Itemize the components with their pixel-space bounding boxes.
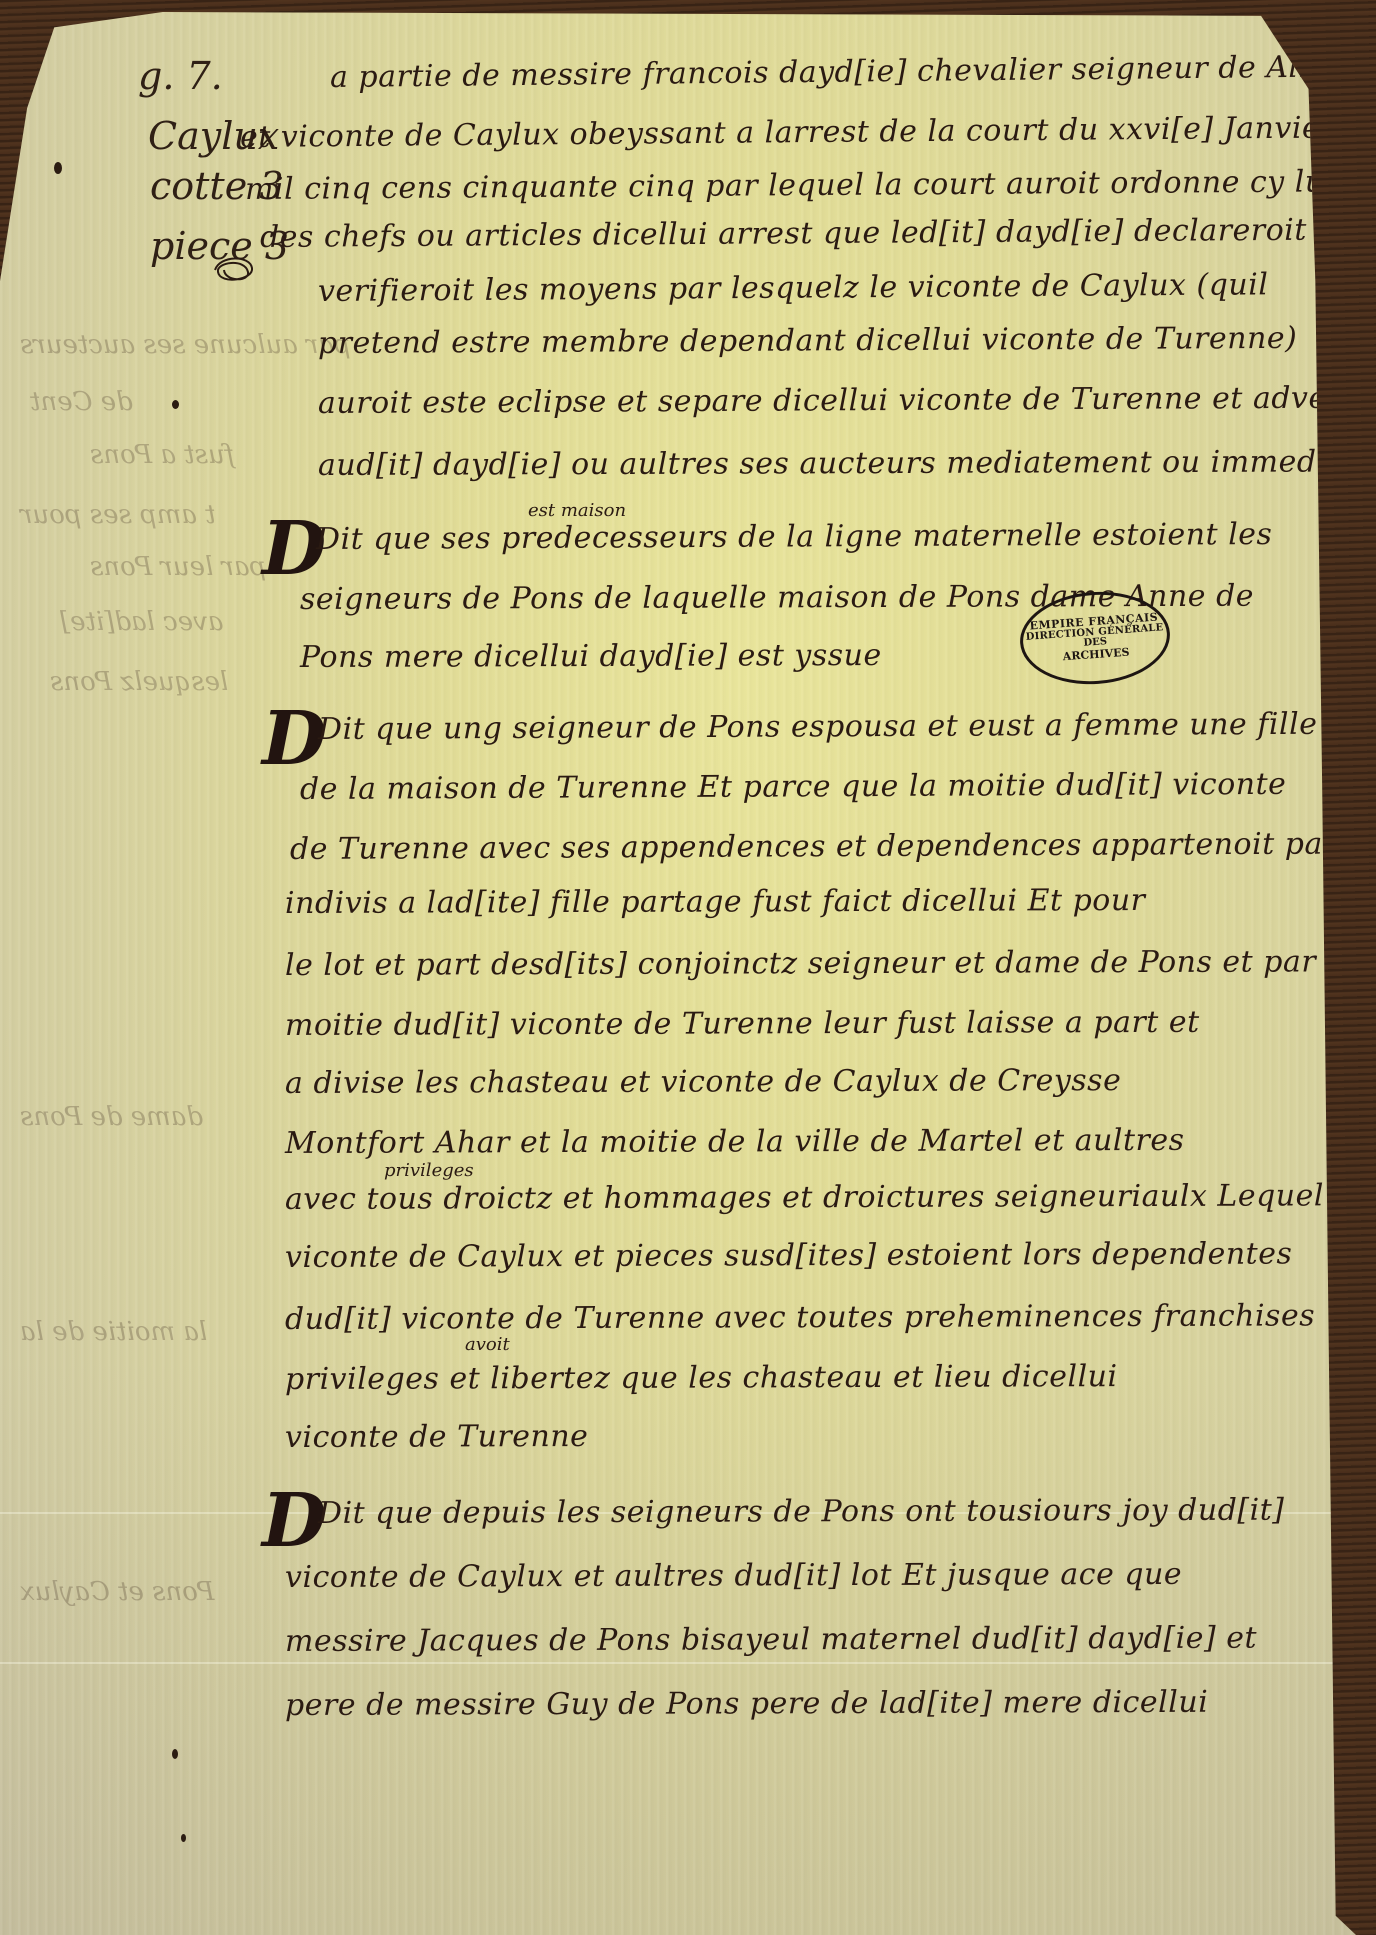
decorated-initial: D (262, 1484, 326, 1558)
paper-hole (172, 1749, 178, 1759)
manuscript-sheet: par aulcune ses aucteurs de Cent fust a … (0, 12, 1356, 1935)
bleed-through-text: dame de Pons (20, 1102, 203, 1132)
manuscript-line: moitie dud[it] viconte de Turenne leur f… (285, 1005, 1200, 1043)
interlinear-insertion: avoit (465, 1334, 510, 1355)
manuscript-line: viconte de Caylux et pieces susd[ites] e… (285, 1236, 1292, 1275)
manuscript-line: verifieroit les moyens par lesquelz le v… (318, 267, 1269, 309)
bleed-through-text: lesquelz Pons (50, 667, 228, 697)
manuscript-line: Dit que depuis les seigneurs de Pons ont… (318, 1493, 1285, 1531)
bleed-through-text: fust a Pons (90, 440, 234, 470)
bleed-through-text: t amp ses pour (20, 500, 216, 530)
bleed-through-text: par aulcune ses aucteurs (20, 330, 351, 360)
manuscript-line: et viconte de Caylux obeyssant a larrest… (240, 110, 1335, 155)
margin-note-reference: g. 7. (138, 54, 223, 98)
manuscript-line: Dit que ses predecesseurs de la ligne ma… (316, 517, 1273, 557)
manuscript-line: indivis a lad[ite] fille partage fust fa… (285, 883, 1146, 921)
manuscript-line: des chefs ou articles dicellui arrest qu… (260, 212, 1348, 255)
manuscript-line: dud[it] viconte de Turenne avec toutes p… (285, 1298, 1315, 1337)
paper-hole (181, 1834, 186, 1842)
manuscript-line: de la maison de Turenne Et parce que la … (300, 767, 1287, 807)
paper-hole (54, 162, 62, 174)
manuscript-line: mil cinq cens cinquante cinq par lequel … (245, 164, 1345, 207)
bleed-through-text: Pons et Caylux (20, 1577, 214, 1607)
manuscript-line: avec tous droictz et hommages et droictu… (285, 1178, 1324, 1217)
manuscript-line: Dit que ung seigneur de Pons espousa et … (318, 707, 1318, 747)
manuscript-line: privileges et libertez que les chasteau … (285, 1359, 1118, 1397)
paper-fold (0, 1662, 1356, 1664)
decorated-initial: D (262, 702, 326, 776)
interlinear-insertion: privileges (384, 1160, 474, 1181)
manuscript-line: Pons mere dicellui dayd[ie] est yssue (300, 638, 882, 675)
manuscript-line: Montfort Ahar et la moitie de la ville d… (285, 1123, 1185, 1161)
manuscript-line: auroit este eclipse et separe dicellui v… (318, 381, 1367, 421)
manuscript-line: le lot et part desd[its] conjoinctz seig… (285, 944, 1316, 983)
bleed-through-text: de Cent (30, 387, 133, 417)
bleed-through-text: par leur Pons (90, 552, 266, 582)
manuscript-line: viconte de Caylux et aultres dud[it] lot… (285, 1557, 1182, 1595)
manuscript-line: messire Jacques de Pons bisayeul materne… (285, 1621, 1257, 1659)
manuscript-line: pere de messire Guy de Pons pere de lad[… (285, 1685, 1208, 1723)
bleed-through-text: la moitie de la (20, 1317, 207, 1347)
manuscript-line: de Turenne avec ses appendences et depen… (290, 827, 1338, 867)
manuscript-line: pretend estre membre dependant dicellui … (318, 321, 1297, 361)
stamp-line: ARCHIVES (1062, 646, 1129, 662)
paper-hole (172, 400, 179, 409)
interlinear-insertion: est maison (528, 500, 626, 521)
flourish-mark-icon (210, 250, 260, 290)
manuscript-line: a divise les chasteau et viconte de Cayl… (285, 1063, 1121, 1101)
manuscript-line: a partie de messire francois dayd[ie] ch… (330, 49, 1370, 95)
manuscript-line: aud[it] dayd[ie] ou aultres ses aucteurs… (318, 444, 1376, 483)
manuscript-line: viconte de Turenne (285, 1419, 589, 1455)
bleed-through-text: avec lad[ite] (60, 607, 223, 637)
